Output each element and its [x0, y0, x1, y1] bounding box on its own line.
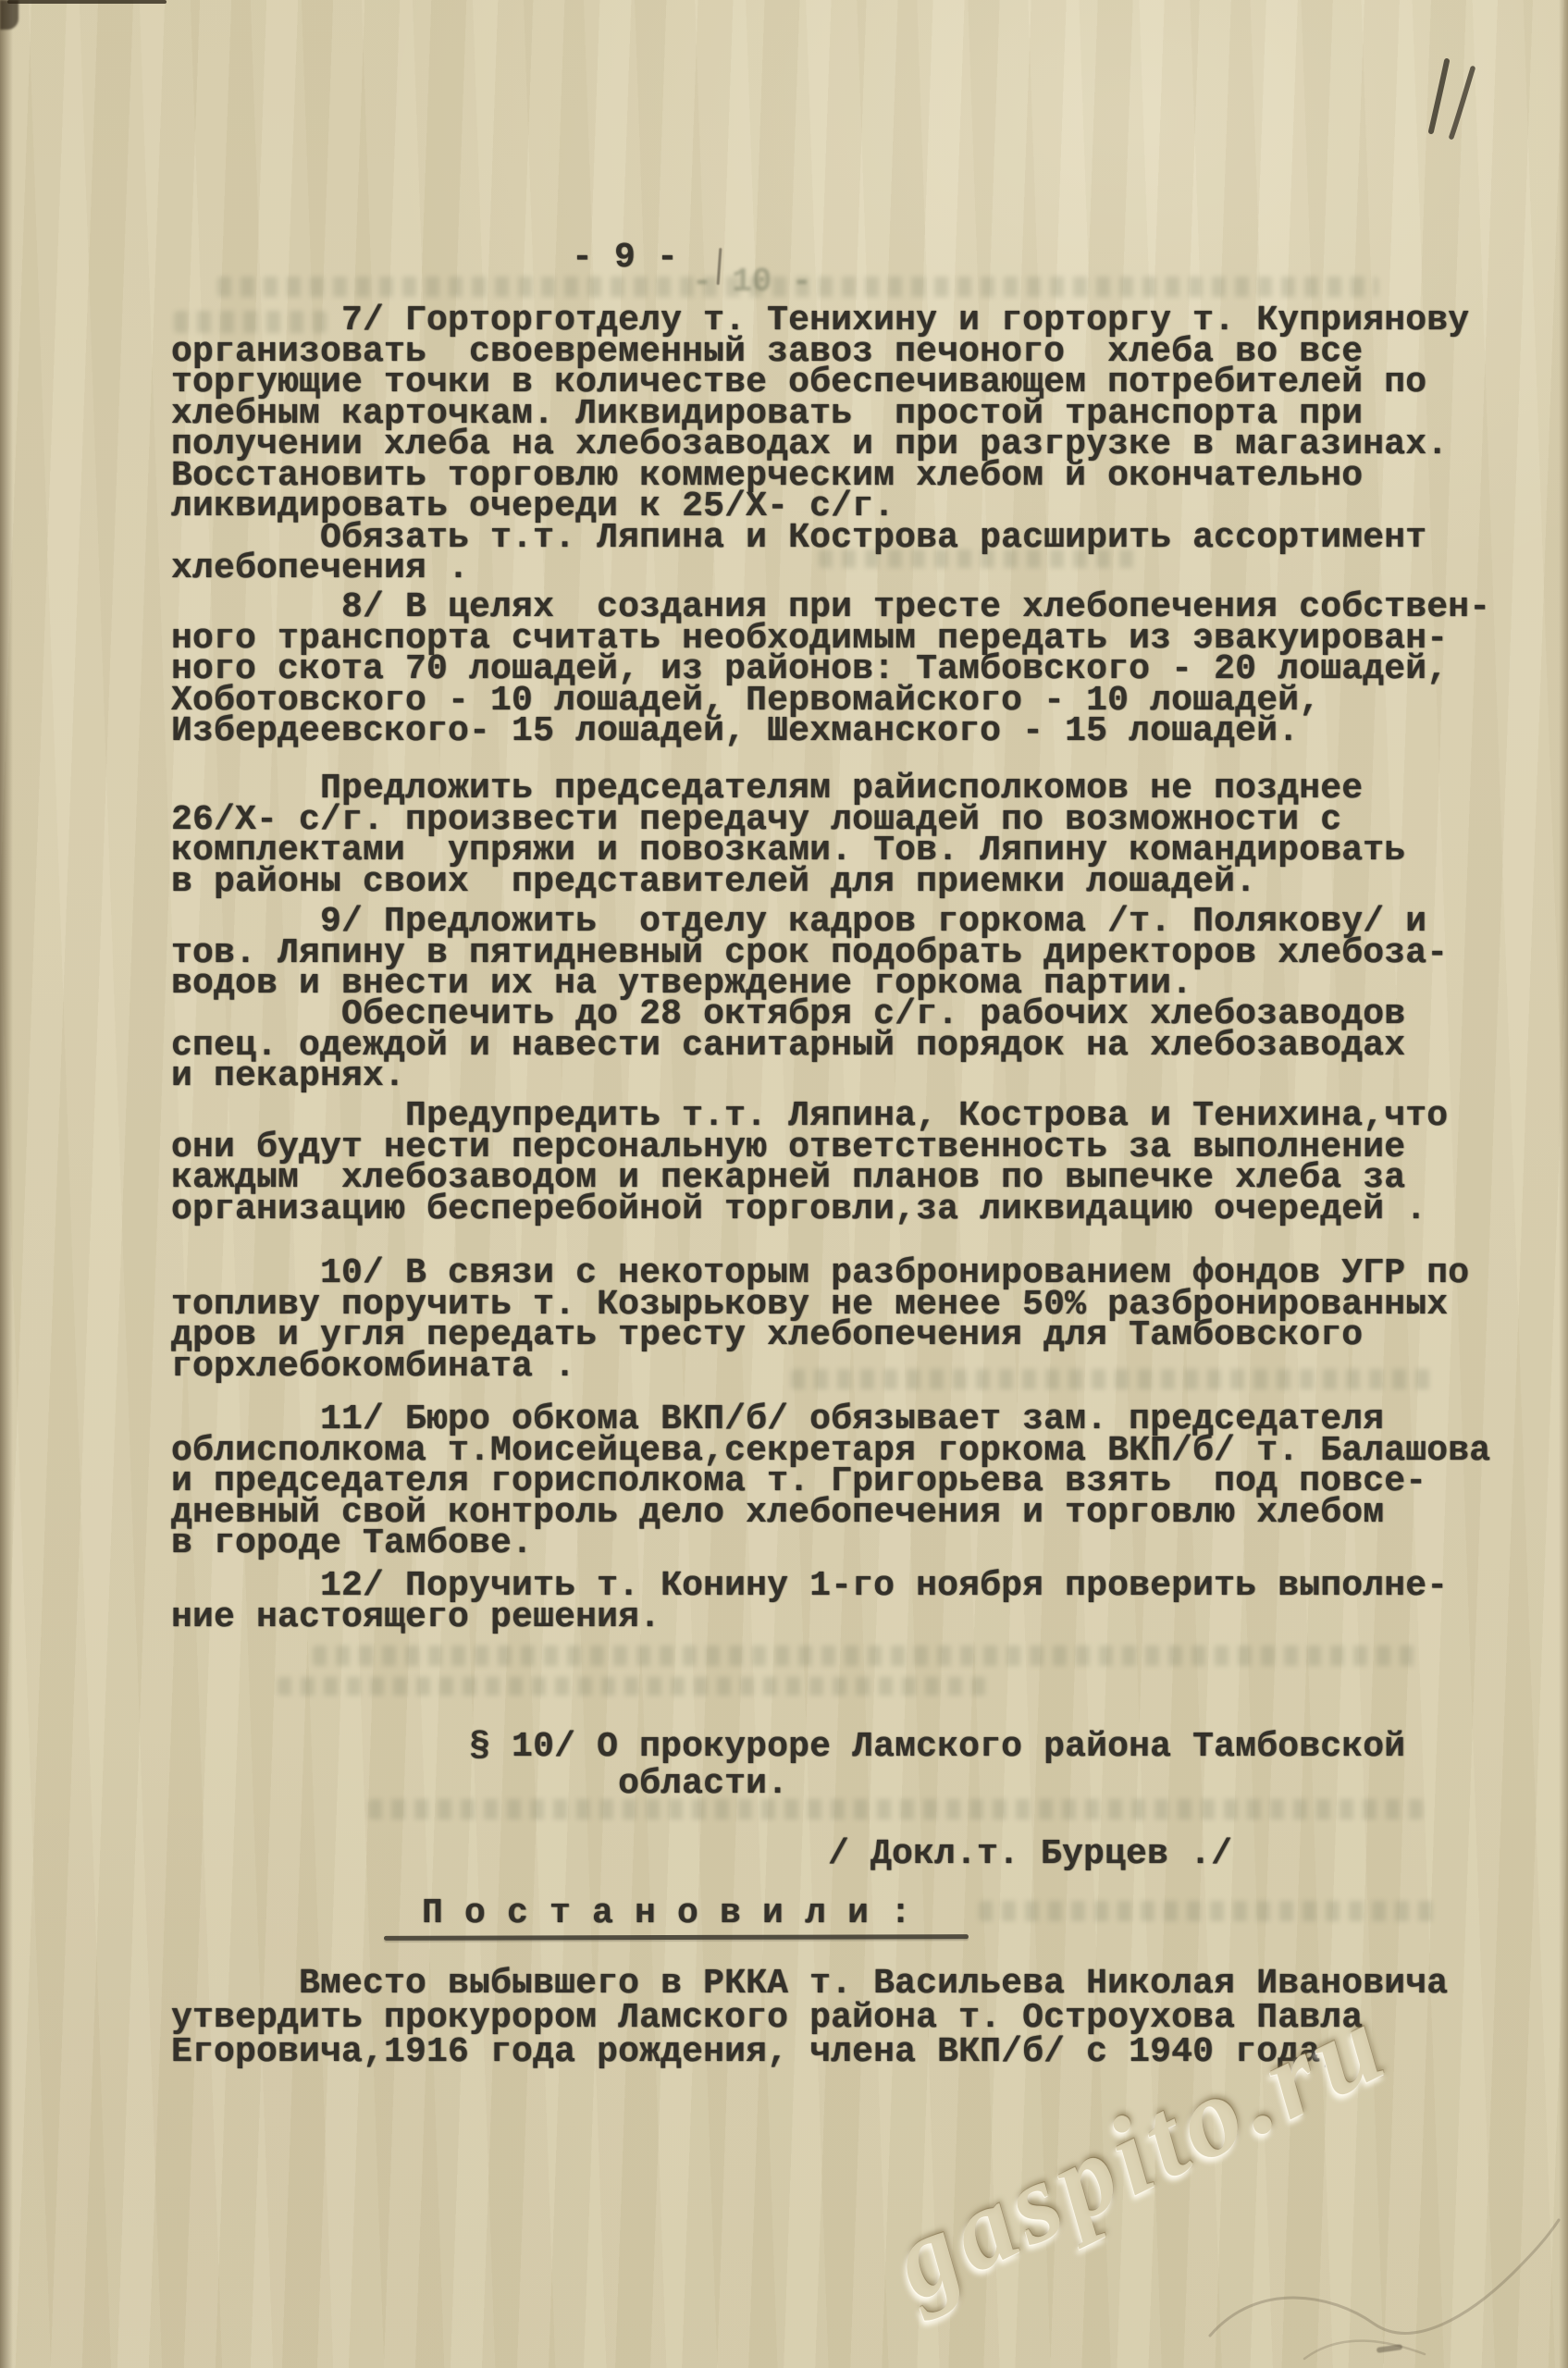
text-line: горхлебокомбината .: [171, 1351, 1469, 1383]
paragraph-10: 10/ В связи с некоторым разбронированием…: [171, 1258, 1469, 1382]
resolved-underline: [384, 1934, 969, 1941]
text-line: в районы своих представителей для приемк…: [171, 867, 1405, 898]
pencil-squiggle: [1193, 2164, 1563, 2368]
text-line: области.: [171, 1766, 1405, 1803]
bleed-through-text: [313, 1646, 1423, 1666]
bleed-through-text: [217, 277, 1378, 297]
text-line: хлебопечения .: [171, 553, 1469, 585]
text-line: организацию бесперебойной торговли,за ли…: [171, 1194, 1448, 1226]
paragraph-8-continued: Предложить председателям райисполкомов н…: [171, 773, 1405, 897]
paragraph-9-continued: Обеспечить до 28 октября с/г. рабочих хл…: [171, 999, 1405, 1092]
section-10-heading: § 10/ О прокуроре Ламского района Тамбов…: [171, 1729, 1405, 1803]
paragraph-12: 12/ Поручить т. Конину 1-го ноября прове…: [171, 1571, 1448, 1633]
bleed-through-text: [278, 1677, 990, 1696]
text-line: в городе Тамбове.: [171, 1528, 1490, 1560]
text-line: Избердеевского- 15 лошадей, Шехманского …: [171, 716, 1490, 747]
text-line: Вместо выбывшего в РККА т. Васильева Ник…: [171, 1967, 1448, 2001]
paragraph-9: 9/ Предложить отделу кадров горкома /т. …: [171, 906, 1448, 1000]
section-10-speaker: / Докл.т. Бурцев ./: [828, 1839, 1232, 1870]
paragraph-7: 7/ Горторготделу т. Тенихину и горторгу …: [171, 305, 1469, 585]
text-line: и пекарнях.: [171, 1061, 1405, 1092]
bleed-through-text: [979, 1901, 1441, 1921]
scan-corner-blob: [0, 0, 19, 30]
paragraph-8: 8/ В целях создания при тресте хлебопече…: [171, 592, 1490, 747]
page-number: - 9 -: [572, 242, 678, 274]
scanned-document-page: - 9 - - 10 - 7/ Горторготделу т. Тенихин…: [0, 0, 1568, 2368]
resolved-heading: П о с т а н о в и л и :: [422, 1898, 911, 1930]
paper-edge-right: [1559, 0, 1568, 2368]
paper-edge-top-line: [7, 0, 167, 4]
text-line: § 10/ О прокуроре Ламского района Тамбов…: [171, 1729, 1405, 1766]
handwritten-page-mark: [1415, 48, 1499, 150]
text-line: ние настоящего решения.: [171, 1602, 1448, 1634]
paragraph-9-warning: Предупредить т.т. Ляпина, Кострова и Тен…: [171, 1101, 1448, 1225]
paragraph-11: 11/ Бюро обкома ВКП/б/ обязывает зам. пр…: [171, 1404, 1490, 1560]
paper-edge-left: [0, 0, 13, 2368]
